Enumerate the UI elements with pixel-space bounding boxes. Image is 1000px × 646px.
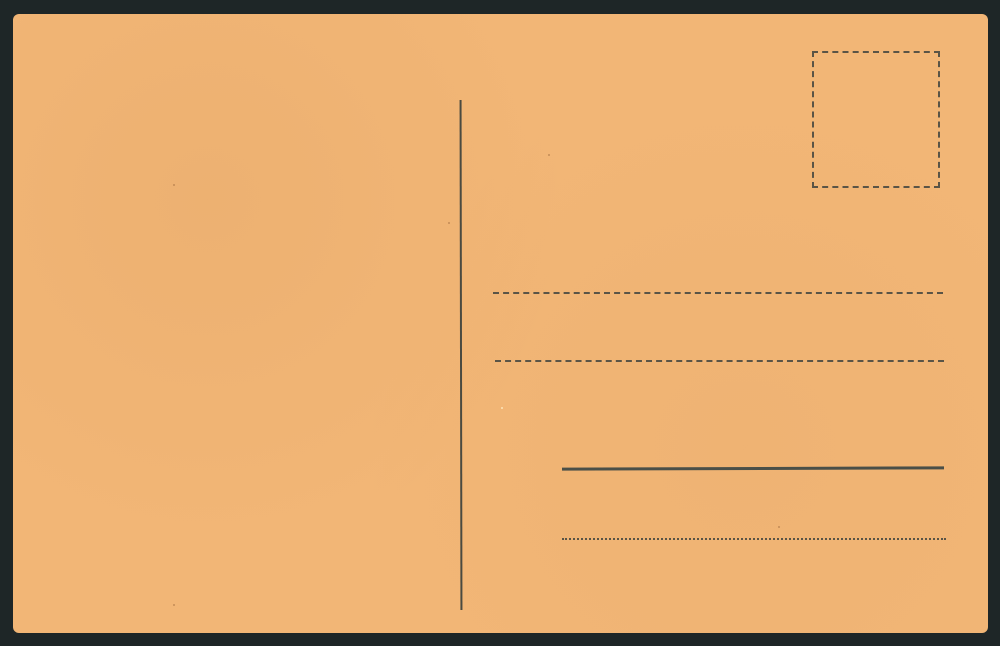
- paper-speck: [448, 222, 450, 224]
- address-line-2: [495, 360, 944, 362]
- paper-speck: [501, 407, 503, 409]
- paper-speck: [548, 154, 550, 156]
- message-address-divider: [460, 100, 463, 610]
- paper-speck: [778, 526, 780, 528]
- address-line-1: [493, 292, 943, 294]
- postcard-back: [13, 14, 988, 633]
- address-line-3: [562, 466, 944, 470]
- stamp-placeholder-box: [812, 51, 940, 188]
- paper-speck: [173, 604, 175, 606]
- paper-speck: [173, 184, 175, 186]
- address-line-4: [562, 538, 946, 540]
